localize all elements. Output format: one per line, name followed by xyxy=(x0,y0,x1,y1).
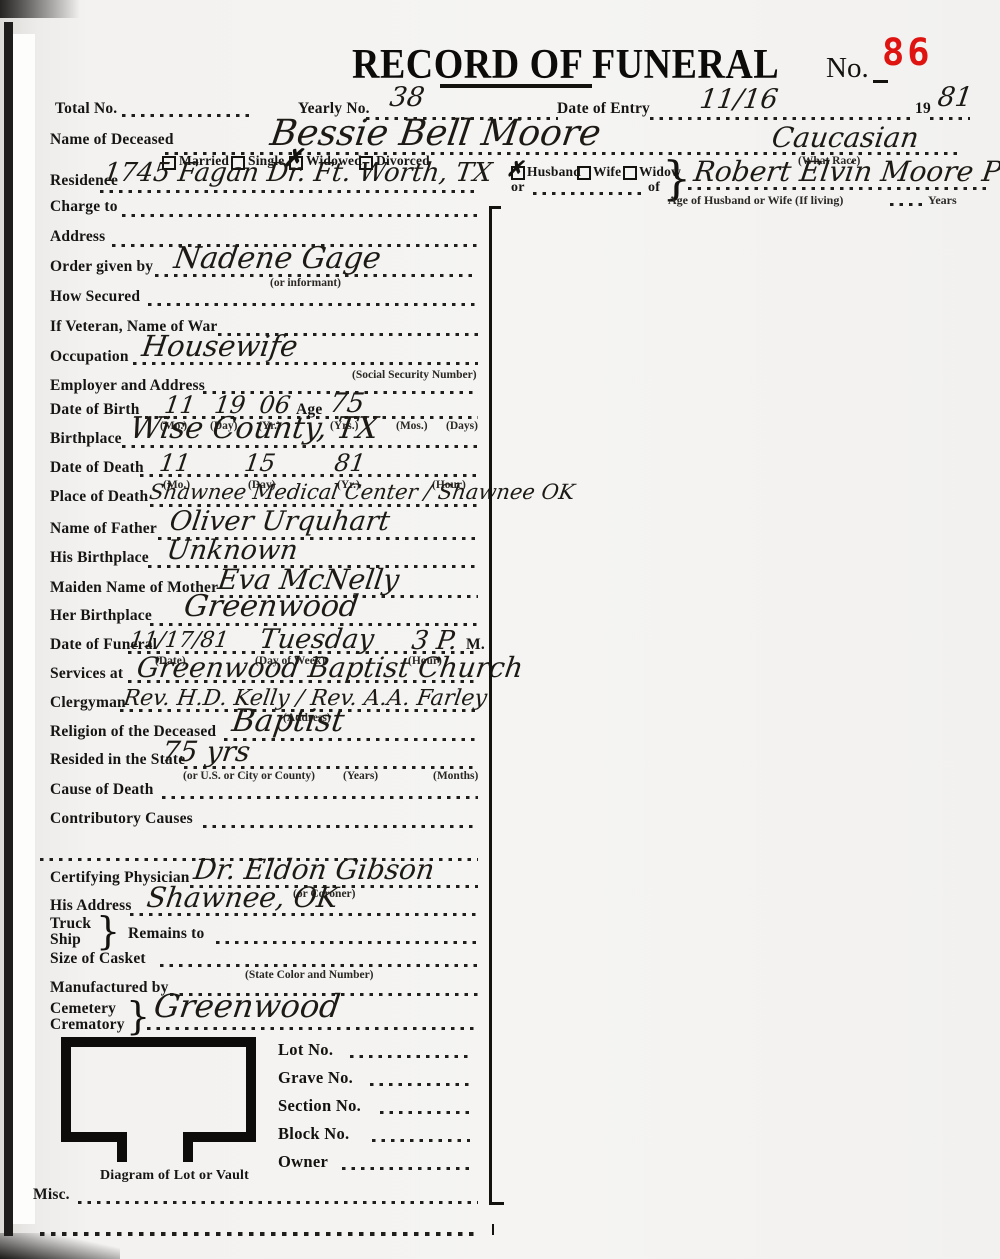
or-label: or xyxy=(511,180,525,196)
certifying-physician-value: Dr. Eldon Gibson xyxy=(192,856,436,884)
his-address-value: Shawnee, OK xyxy=(145,884,340,912)
year-value: 81 xyxy=(936,84,974,111)
cemetery-value: Greenwood xyxy=(152,990,342,1022)
ship-label: Ship xyxy=(50,931,81,949)
resided-sub-years: (Years) xyxy=(343,770,378,782)
his-birthplace-label: His Birthplace xyxy=(50,549,149,567)
her-birthplace-label: Her Birthplace xyxy=(50,607,152,625)
name-of-father-label: Name of Father xyxy=(50,520,157,538)
name-of-deceased-value: Bessie Bell Moore xyxy=(268,116,603,152)
order-given-by-value: Nadene Gage xyxy=(172,244,383,274)
date-of-birth-label: Date of Birth xyxy=(50,401,140,419)
birthplace-value: Wise County, TX xyxy=(128,414,380,444)
lot-no-label: Lot No. xyxy=(278,1040,333,1060)
order-given-by-sublabel: (or informant) xyxy=(270,277,341,289)
place-of-death-value: Shawnee Medical Center / Shawnee OK xyxy=(148,482,576,503)
name-of-father-value: Oliver Urquhart xyxy=(168,508,392,535)
dod-year: 81 xyxy=(333,451,367,475)
how-secured-line xyxy=(148,303,478,306)
scan-corner-top-left xyxy=(0,0,80,18)
scan-margin-strip xyxy=(13,34,35,1224)
wife-label: Wife xyxy=(593,164,621,180)
how-secured-label: How Secured xyxy=(50,288,140,306)
diagram-caption: Diagram of Lot or Vault xyxy=(100,1168,249,1184)
column-rule xyxy=(489,206,492,1205)
dob-sub-days: (Days) xyxy=(446,420,478,432)
cause-of-death-line xyxy=(162,796,478,799)
services-at-label: Services at xyxy=(50,665,123,683)
occupation-value: Housewife xyxy=(140,332,300,361)
funeral-date-value: 11/17/81 xyxy=(128,630,230,652)
of-label: of xyxy=(648,180,660,196)
year-prefix: 19 xyxy=(915,100,931,118)
lot-diagram xyxy=(55,1032,265,1172)
owner-label: Owner xyxy=(278,1152,328,1172)
column-rule-tick xyxy=(492,1224,494,1235)
remains-to-label: Remains to xyxy=(128,925,204,943)
date-of-death-line xyxy=(140,474,478,477)
dob-sub-mos: (Mos.) xyxy=(396,420,428,432)
birthplace-label: Birthplace xyxy=(50,430,122,448)
block-no-line xyxy=(372,1139,470,1142)
spouse-age-line xyxy=(890,203,926,206)
grave-no-label: Grave No. xyxy=(278,1068,353,1088)
remains-to-line xyxy=(216,941,478,944)
place-of-death-label: Place of Death xyxy=(50,488,148,506)
block-no-label: Block No. xyxy=(278,1124,349,1144)
race-value: Caucasian xyxy=(770,124,921,152)
widow-checkbox xyxy=(623,166,637,180)
her-birthplace-value: Greenwood xyxy=(182,592,360,622)
his-birthplace-value: Unknown xyxy=(165,537,299,564)
address-label: Address xyxy=(50,228,105,246)
size-of-casket-line xyxy=(160,964,478,967)
record-number-label: No. xyxy=(826,52,869,85)
total-no-line xyxy=(122,114,252,117)
year-line xyxy=(930,117,970,120)
bottom-line xyxy=(40,1232,478,1236)
religion-value: Baptist xyxy=(230,706,346,737)
owner-line xyxy=(342,1167,470,1170)
charge-to-label: Charge to xyxy=(50,198,118,216)
funeral-record-scan: RECORD OF FUNERAL No. 86 Total No. Yearl… xyxy=(0,0,1000,1259)
total-no-label: Total No. xyxy=(55,100,117,118)
spouse-name-line xyxy=(688,187,988,190)
clergyman-label: Clergyman xyxy=(50,694,126,712)
grave-no-line xyxy=(370,1083,470,1086)
title-underline xyxy=(440,84,592,88)
misc-label: Misc. xyxy=(33,1186,70,1204)
column-rule-top-foot xyxy=(489,206,501,209)
section-no-line xyxy=(380,1111,470,1114)
record-number-stamp: 86 xyxy=(882,34,933,71)
scan-corner-bottom-left xyxy=(0,1233,120,1259)
resided-value: 75 yrs xyxy=(160,738,252,766)
resided-sub-months: (Months) xyxy=(433,770,478,782)
contributory-line xyxy=(203,825,478,828)
charge-to-line xyxy=(122,214,478,217)
wife-checkbox xyxy=(577,166,591,180)
manufactured-by-label: Manufactured by xyxy=(50,979,169,997)
residence-value: 1745 Fagan Dr. Ft. Worth, TX xyxy=(102,160,494,186)
date-of-death-label: Date of Death xyxy=(50,459,144,477)
occupation-sublabel: (Social Security Number) xyxy=(352,369,477,381)
misc-line xyxy=(78,1201,478,1204)
funeral-day-value: Tuesday xyxy=(258,626,376,653)
name-of-deceased-label: Name of Deceased xyxy=(50,131,174,149)
order-given-by-label: Order given by xyxy=(50,258,153,276)
column-rule-bottom-foot xyxy=(489,1202,504,1205)
lot-no-line xyxy=(350,1055,470,1058)
cemetery-line xyxy=(147,1027,478,1030)
or-line xyxy=(533,192,645,195)
resided-sub-area: (or U.S. or City or County) xyxy=(183,770,315,782)
dod-day: 15 xyxy=(243,451,277,475)
section-no-label: Section No. xyxy=(278,1096,361,1116)
services-at-value: Greenwood Baptist Church xyxy=(135,654,525,682)
occupation-label: Occupation xyxy=(50,348,129,366)
size-of-casket-label: Size of Casket xyxy=(50,950,146,968)
husband-check-mark: ✗ xyxy=(506,158,524,179)
yearly-no-value: 38 xyxy=(388,84,426,111)
dod-month: 11 xyxy=(158,451,192,475)
spouse-name-value: Robert Elvin Moore Pg. xyxy=(692,158,1000,186)
cause-of-death-label: Cause of Death xyxy=(50,781,154,799)
residence-line xyxy=(100,190,480,193)
date-of-entry-value: 11/16 xyxy=(698,86,780,113)
truck-ship-brace: } xyxy=(96,912,120,950)
size-of-casket-sublabel: (State Color and Number) xyxy=(245,969,374,981)
record-number-line xyxy=(873,80,888,83)
date-of-entry-line xyxy=(650,117,912,120)
spouse-years-label: Years xyxy=(928,193,957,208)
scan-left-edge xyxy=(4,22,13,1236)
contributory-label: Contributory Causes xyxy=(50,810,193,828)
spouse-age-sublabel: Age of Husband or Wife (If living) xyxy=(668,193,843,208)
husband-label: Husband xyxy=(527,164,581,180)
